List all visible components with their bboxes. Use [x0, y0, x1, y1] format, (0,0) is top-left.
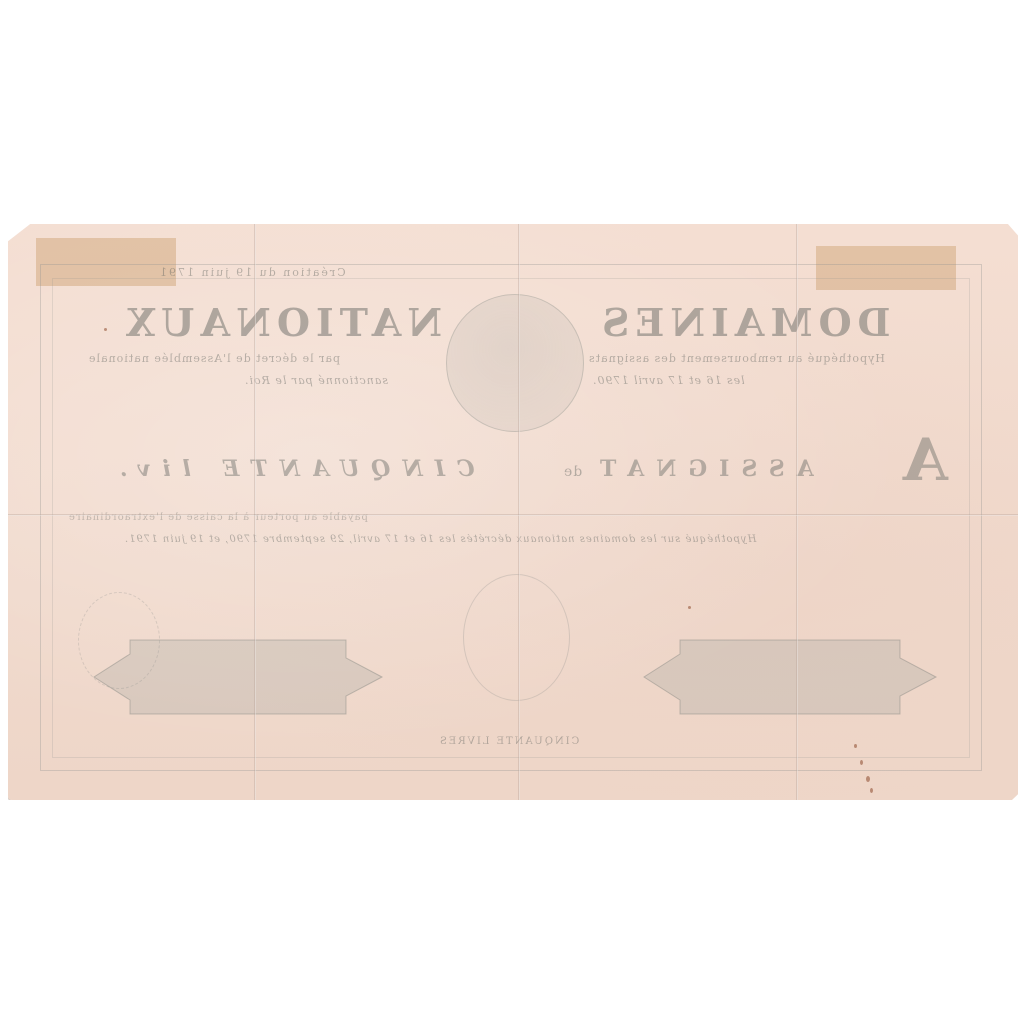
bottom-band-label: CINQUANTE LIVRES [438, 736, 579, 747]
denomination-word-text: ASSIGNAT [588, 456, 814, 482]
sub-left-line-1: Hypothéqué au remboursement des assignat… [588, 352, 885, 365]
assignat-banknote: Création du 19 juin 1791 NATIONAUX DOMAI… [8, 224, 1018, 800]
heading-nationaux: NATIONAUX [120, 300, 442, 345]
denomination-word: ASSIGNAT [588, 456, 814, 482]
denomination-amount-text: CINQUANTE liv. [108, 456, 475, 482]
foxing-stain [688, 606, 691, 609]
fold-line [8, 514, 1018, 516]
sub-right-line-1: par le décret de l'Assemblée nationale [88, 352, 340, 365]
denomination-of-text: de [563, 464, 582, 480]
foxing-stain [854, 744, 857, 748]
foxing-stain [870, 788, 873, 793]
fold-line [518, 224, 520, 800]
sub-left-text-1: Hypothéqué au remboursement des assignat… [588, 352, 885, 365]
foxing-stain [860, 760, 863, 765]
sub-left-line-2: les 16 et 17 avril 1790. [592, 374, 745, 387]
body-line-2: Hypothéqué sur les domaines nationaux dé… [124, 534, 756, 545]
body-text-2: Hypothéqué sur les domaines nationaux dé… [124, 534, 756, 545]
foxing-stain [866, 776, 870, 782]
top-band-label: Création du 19 juin 1791 [158, 266, 346, 279]
cartouche-right [640, 636, 940, 718]
sub-right-line-2: sanctionné par le Roi. [244, 374, 388, 387]
dry-seal [463, 574, 570, 701]
portrait-medallion [446, 294, 584, 432]
heading-left-word: DOMAINES [596, 300, 891, 345]
heading-domaines: DOMAINES [596, 300, 891, 345]
big-letter-a: A [903, 426, 948, 494]
sub-left-text-2: les 16 et 17 avril 1790. [592, 374, 745, 387]
sub-right-text-2: sanctionné par le Roi. [244, 374, 388, 387]
bottom-band-text: CINQUANTE LIVRES [438, 736, 579, 747]
fold-line [796, 224, 798, 800]
denomination-of: de [563, 464, 582, 480]
cartouche-left [90, 636, 386, 718]
top-band-text: Création du 19 juin 1791 [158, 266, 346, 279]
foxing-stain [104, 328, 107, 331]
fold-line [254, 224, 256, 800]
denomination-amount: CINQUANTE liv. [108, 456, 475, 482]
sub-right-text-1: par le décret de l'Assemblée nationale [88, 352, 340, 365]
heading-right-word: NATIONAUX [120, 300, 442, 345]
